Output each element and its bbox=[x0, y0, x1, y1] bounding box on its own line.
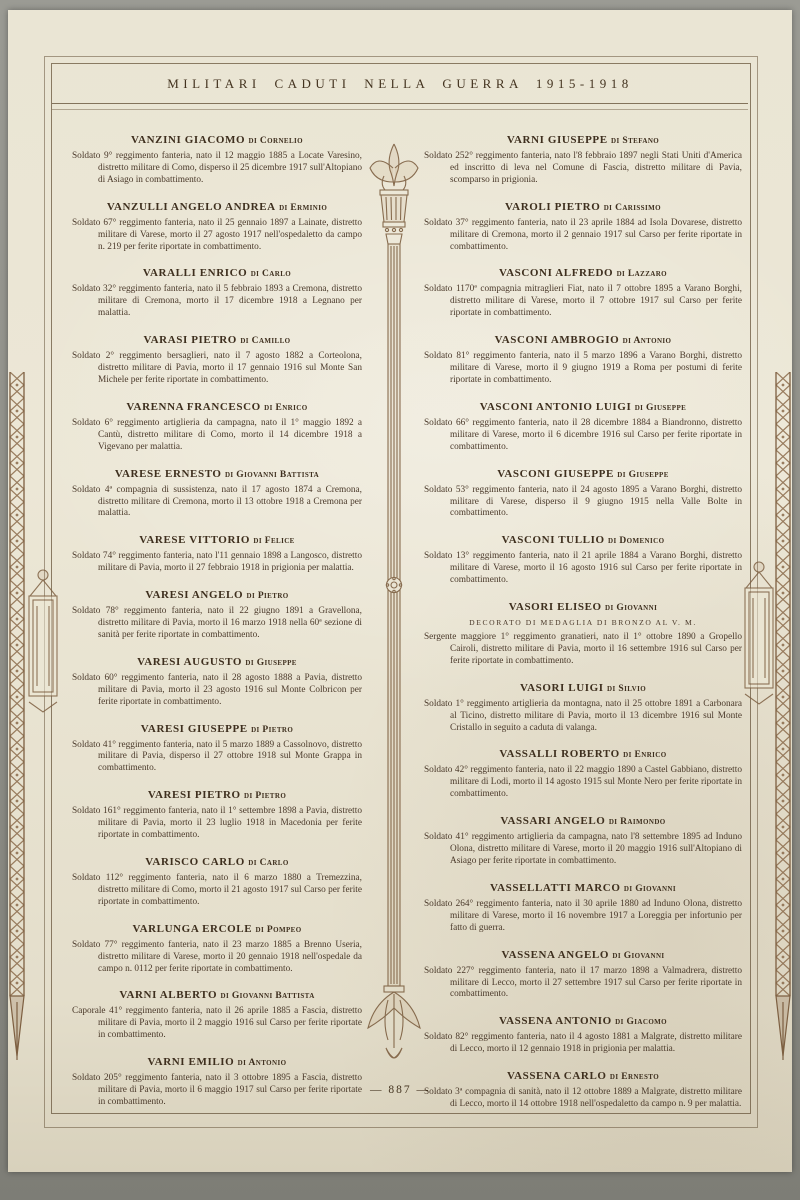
soldier-name: VARESI AUGUSTO bbox=[137, 656, 242, 668]
soldier-name-heading: VAROLI PIETRO di Carissimo bbox=[424, 201, 742, 213]
soldier-patronymic: di Ernesto bbox=[610, 1072, 659, 1082]
soldier-name: VARESE VITTORIO bbox=[139, 534, 250, 546]
soldier-patronymic: di Stefano bbox=[611, 136, 659, 146]
soldier-name: VANZULLI ANGELO ANDREA bbox=[107, 201, 276, 213]
soldier-name-heading: VARESI GIUSEPPE di Pietro bbox=[72, 723, 362, 735]
soldier-name-heading: VANZINI GIACOMO di Cornelio bbox=[72, 134, 362, 146]
soldier-name: VASSENA ANTONIO bbox=[499, 1015, 612, 1027]
soldier-patronymic: di Giovanni bbox=[624, 884, 676, 894]
soldier-entry: VARESI ANGELO di Pietro Soldato 78° regg… bbox=[72, 589, 362, 642]
soldier-name: VARNI GIUSEPPE bbox=[507, 134, 608, 146]
soldier-name-heading: VASSENA ANTONIO di Giacomo bbox=[424, 1015, 742, 1027]
soldier-entry: VARALLI ENRICO di Carlo Soldato 32° regg… bbox=[72, 267, 362, 320]
soldier-record: Soldato 6° reggimento artiglieria da cam… bbox=[72, 418, 362, 454]
soldier-entry: VASCONI AMBROGIO di Antonio Soldato 81° … bbox=[424, 334, 742, 387]
soldier-record: Soldato 53° reggimento fanteria, nato il… bbox=[424, 485, 742, 521]
soldier-record: Soldato 32° reggimento fanteria, nato il… bbox=[72, 284, 362, 320]
page-title: MILITARI CADUTI NELLA GUERRA 1915-1918 bbox=[0, 76, 800, 92]
soldier-entry: VARESE ERNESTO di Giovanni Battista Sold… bbox=[72, 468, 362, 521]
soldier-name: VARESE ERNESTO bbox=[115, 468, 222, 480]
soldier-entry: VASORI ELISEO di Giovanni DECORATO DI ME… bbox=[424, 601, 742, 668]
soldier-patronymic: di Giacomo bbox=[615, 1017, 667, 1027]
soldier-record: Soldato 161° reggimento fanteria, nato i… bbox=[72, 806, 362, 842]
soldier-patronymic: di Felice bbox=[253, 536, 294, 546]
soldier-honor: DECORATO DI MEDAGLIA DI BRONZO AL V. M. bbox=[424, 618, 742, 627]
soldier-entry: VARNI EMILIO di Antonio Soldato 205° reg… bbox=[72, 1056, 362, 1109]
entries-column-right: VARNI GIUSEPPE di Stefano Soldato 252° r… bbox=[424, 134, 742, 1125]
soldier-name-heading: VARISCO CARLO di Carlo bbox=[72, 856, 362, 868]
soldier-name: VARESI PIETRO bbox=[148, 789, 241, 801]
soldier-record: Soldato 66° reggimento fanteria, nato il… bbox=[424, 418, 742, 454]
soldier-patronymic: di Giuseppe bbox=[635, 403, 687, 413]
soldier-entry: VASSELLATTI MARCO di Giovanni Soldato 26… bbox=[424, 882, 742, 935]
soldier-name: VARISCO CARLO bbox=[145, 856, 245, 868]
soldier-entry: VANZINI GIACOMO di Cornelio Soldato 9° r… bbox=[72, 134, 362, 187]
soldier-name: VASCONI ANTONIO LUIGI bbox=[480, 401, 632, 413]
soldier-patronymic: di Carissimo bbox=[604, 203, 661, 213]
soldier-record: Soldato 82° reggimento fanteria, nato il… bbox=[424, 1032, 742, 1056]
soldier-entry: VASSALLI ROBERTO di Enrico Soldato 42° r… bbox=[424, 748, 742, 801]
soldier-entry: VAROLI PIETRO di Carissimo Soldato 37° r… bbox=[424, 201, 742, 254]
soldier-name: VASORI ELISEO bbox=[509, 601, 602, 613]
soldier-name: VARNI ALBERTO bbox=[119, 989, 217, 1001]
soldier-record: Soldato 77° reggimento fanteria, nato il… bbox=[72, 940, 362, 976]
soldier-name-heading: VASCONI ALFREDO di Lazzaro bbox=[424, 267, 742, 279]
soldier-entry: VARLUNGA ERCOLE di Pompeo Soldato 77° re… bbox=[72, 923, 362, 976]
soldier-record: Soldato 41° reggimento fanteria, nato il… bbox=[72, 740, 362, 776]
soldier-patronymic: di Domenico bbox=[608, 536, 664, 546]
soldier-name-heading: VARESE ERNESTO di Giovanni Battista bbox=[72, 468, 362, 480]
soldier-entry: VASCONI GIUSEPPE di Giuseppe Soldato 53°… bbox=[424, 468, 742, 521]
page-number: — 887 — bbox=[0, 1084, 800, 1096]
soldier-entry: VASSENA ANGELO di Giovanni Soldato 227° … bbox=[424, 949, 742, 1002]
soldier-patronymic: di Giovanni Battista bbox=[225, 470, 319, 480]
soldier-entry: VARESI PIETRO di Pietro Soldato 161° reg… bbox=[72, 789, 362, 842]
soldier-entry: VARESI AUGUSTO di Giuseppe Soldato 60° r… bbox=[72, 656, 362, 709]
soldier-name-heading: VASCONI TULLIO di Domenico bbox=[424, 534, 742, 546]
soldier-name-heading: VASSELLATTI MARCO di Giovanni bbox=[424, 882, 742, 894]
soldier-record: Soldato 13° reggimento fanteria, nato il… bbox=[424, 551, 742, 587]
soldier-entry: VASCONI ALFREDO di Lazzaro Soldato 1170ª… bbox=[424, 267, 742, 320]
soldier-record: Soldato 112° reggimento fanteria, nato i… bbox=[72, 873, 362, 909]
soldier-name: VASSELLATTI MARCO bbox=[490, 882, 621, 894]
soldier-entry: VANZULLI ANGELO ANDREA di Erminio Soldat… bbox=[72, 201, 362, 254]
soldier-entry: VARESI GIUSEPPE di Pietro Soldato 41° re… bbox=[72, 723, 362, 776]
title-rule bbox=[52, 103, 748, 104]
soldier-patronymic: di Giuseppe bbox=[617, 470, 669, 480]
soldier-name-heading: VARENNA FRANCESCO di Enrico bbox=[72, 401, 362, 413]
soldier-record: Soldato 264° reggimento fanteria, nato i… bbox=[424, 899, 742, 935]
soldier-name: VARESI GIUSEPPE bbox=[141, 723, 248, 735]
soldier-entry: VARENNA FRANCESCO di Enrico Soldato 6° r… bbox=[72, 401, 362, 454]
soldier-name: VARASI PIETRO bbox=[143, 334, 236, 346]
soldier-patronymic: di Cornelio bbox=[249, 136, 303, 146]
soldier-record: Soldato 1° reggimento artiglieria da mon… bbox=[424, 699, 742, 735]
soldier-name: VASCONI AMBROGIO bbox=[495, 334, 620, 346]
soldier-patronymic: di Pietro bbox=[251, 725, 293, 735]
soldier-entry: VARISCO CARLO di Carlo Soldato 112° regg… bbox=[72, 856, 362, 909]
soldier-patronymic: di Antonio bbox=[623, 336, 672, 346]
soldier-entry: VASORI LUIGI di Silvio Soldato 1° reggim… bbox=[424, 682, 742, 735]
soldier-name-heading: VARESE VITTORIO di Felice bbox=[72, 534, 362, 546]
soldier-name: VARESI ANGELO bbox=[145, 589, 243, 601]
soldier-record: Soldato 1170ª compagnia mitraglieri Fiat… bbox=[424, 284, 742, 320]
soldier-record: Soldato 227° reggimento fanteria, nato i… bbox=[424, 966, 742, 1002]
soldier-patronymic: di Raimondo bbox=[609, 817, 666, 827]
soldier-record: Caporale 41° reggimento fanteria, nato i… bbox=[72, 1006, 362, 1042]
entries-column-left: VANZINI GIACOMO di Cornelio Soldato 9° r… bbox=[72, 134, 362, 1123]
soldier-name-heading: VASSARI ANGELO di Raimondo bbox=[424, 815, 742, 827]
soldier-name: VARLUNGA ERCOLE bbox=[132, 923, 252, 935]
soldier-patronymic: di Pietro bbox=[244, 791, 286, 801]
soldier-patronymic: di Carlo bbox=[248, 858, 288, 868]
soldier-record: Sergente maggiore 1° reggimento granatie… bbox=[424, 632, 742, 668]
soldier-patronymic: di Carlo bbox=[251, 269, 291, 279]
soldier-record: Soldato 41° reggimento artiglieria da ca… bbox=[424, 832, 742, 868]
soldier-name-heading: VASORI LUIGI di Silvio bbox=[424, 682, 742, 694]
soldier-name: VASSENA CARLO bbox=[507, 1070, 607, 1082]
soldier-patronymic: di Giovanni Battista bbox=[220, 991, 314, 1001]
soldier-name-heading: VARESI AUGUSTO di Giuseppe bbox=[72, 656, 362, 668]
soldier-record: Soldato 9° reggimento fanteria, nato il … bbox=[72, 151, 362, 187]
soldier-name-heading: VASCONI GIUSEPPE di Giuseppe bbox=[424, 468, 742, 480]
soldier-name-heading: VARESI PIETRO di Pietro bbox=[72, 789, 362, 801]
soldier-entry: VARESE VITTORIO di Felice Soldato 74° re… bbox=[72, 534, 362, 575]
soldier-name: VANZINI GIACOMO bbox=[131, 134, 245, 146]
soldier-name: VAROLI PIETRO bbox=[505, 201, 600, 213]
soldier-entry: VARNI GIUSEPPE di Stefano Soldato 252° r… bbox=[424, 134, 742, 187]
soldier-name-heading: VARALLI ENRICO di Carlo bbox=[72, 267, 362, 279]
soldier-patronymic: di Antonio bbox=[238, 1058, 287, 1068]
soldier-record: Soldato 252° reggimento fanteria, nato l… bbox=[424, 151, 742, 187]
soldier-name: VARENNA FRANCESCO bbox=[126, 401, 260, 413]
soldier-name: VARALLI ENRICO bbox=[143, 267, 247, 279]
soldier-name-heading: VASSENA CARLO di Ernesto bbox=[424, 1070, 742, 1082]
soldier-entry: VASCONI TULLIO di Domenico Soldato 13° r… bbox=[424, 534, 742, 587]
soldier-name-heading: VARNI GIUSEPPE di Stefano bbox=[424, 134, 742, 146]
soldier-name: VASCONI ALFREDO bbox=[499, 267, 613, 279]
soldier-name: VASORI LUIGI bbox=[520, 682, 604, 694]
soldier-patronymic: di Giovanni bbox=[612, 951, 664, 961]
soldier-name-heading: VASCONI ANTONIO LUIGI di Giuseppe bbox=[424, 401, 742, 413]
soldier-entry: VASSENA ANTONIO di Giacomo Soldato 82° r… bbox=[424, 1015, 742, 1056]
soldier-name: VASSARI ANGELO bbox=[500, 815, 605, 827]
soldier-name: VARNI EMILIO bbox=[148, 1056, 235, 1068]
soldier-patronymic: di Erminio bbox=[279, 203, 327, 213]
soldier-record: Soldato 81° reggimento fanteria, nato il… bbox=[424, 351, 742, 387]
soldier-name-heading: VANZULLI ANGELO ANDREA di Erminio bbox=[72, 201, 362, 213]
soldier-name: VASSALLI ROBERTO bbox=[499, 748, 619, 760]
soldier-entry: VARASI PIETRO di Camillo Soldato 2° regg… bbox=[72, 334, 362, 387]
soldier-patronymic: di Silvio bbox=[607, 684, 646, 694]
soldier-record: Soldato 60° reggimento fanteria, nato il… bbox=[72, 673, 362, 709]
soldier-name: VASSENA ANGELO bbox=[501, 949, 609, 961]
soldier-patronymic: di Enrico bbox=[264, 403, 307, 413]
soldier-patronymic: di Pompeo bbox=[256, 925, 302, 935]
soldier-name-heading: VARLUNGA ERCOLE di Pompeo bbox=[72, 923, 362, 935]
soldier-name-heading: VARNI EMILIO di Antonio bbox=[72, 1056, 362, 1068]
soldier-name-heading: VASORI ELISEO di Giovanni bbox=[424, 601, 742, 613]
soldier-name-heading: VASCONI AMBROGIO di Antonio bbox=[424, 334, 742, 346]
soldier-name-heading: VARESI ANGELO di Pietro bbox=[72, 589, 362, 601]
soldier-entry: VASCONI ANTONIO LUIGI di Giuseppe Soldat… bbox=[424, 401, 742, 454]
soldier-name-heading: VASSENA ANGELO di Giovanni bbox=[424, 949, 742, 961]
soldier-record: Soldato 2° reggimento bersaglieri, nato … bbox=[72, 351, 362, 387]
soldier-patronymic: di Giovanni bbox=[605, 603, 657, 613]
title-rule-secondary bbox=[52, 109, 748, 110]
soldier-entry: VARNI ALBERTO di Giovanni Battista Capor… bbox=[72, 989, 362, 1042]
soldier-name: VASCONI TULLIO bbox=[502, 534, 605, 546]
soldier-name: VASCONI GIUSEPPE bbox=[497, 468, 614, 480]
soldier-entry: VASSARI ANGELO di Raimondo Soldato 41° r… bbox=[424, 815, 742, 868]
soldier-record: Soldato 37° reggimento fanteria, nato il… bbox=[424, 218, 742, 254]
soldier-patronymic: di Enrico bbox=[623, 750, 666, 760]
soldier-record: Soldato 67° reggimento fanteria, nato il… bbox=[72, 218, 362, 254]
soldier-patronymic: di Giuseppe bbox=[245, 658, 297, 668]
soldier-name-heading: VARNI ALBERTO di Giovanni Battista bbox=[72, 989, 362, 1001]
soldier-record: Soldato 42° reggimento fanteria, nato il… bbox=[424, 765, 742, 801]
soldier-patronymic: di Pietro bbox=[247, 591, 289, 601]
soldier-patronymic: di Camillo bbox=[240, 336, 290, 346]
soldier-record: Soldato 78° reggimento fanteria, nato il… bbox=[72, 606, 362, 642]
soldier-patronymic: di Lazzaro bbox=[617, 269, 667, 279]
soldier-record: Soldato 74° reggimento fanteria, nato l'… bbox=[72, 551, 362, 575]
soldier-name-heading: VARASI PIETRO di Camillo bbox=[72, 334, 362, 346]
soldier-name-heading: VASSALLI ROBERTO di Enrico bbox=[424, 748, 742, 760]
soldier-record: Soldato 4ª compagnia di sussistenza, nat… bbox=[72, 485, 362, 521]
